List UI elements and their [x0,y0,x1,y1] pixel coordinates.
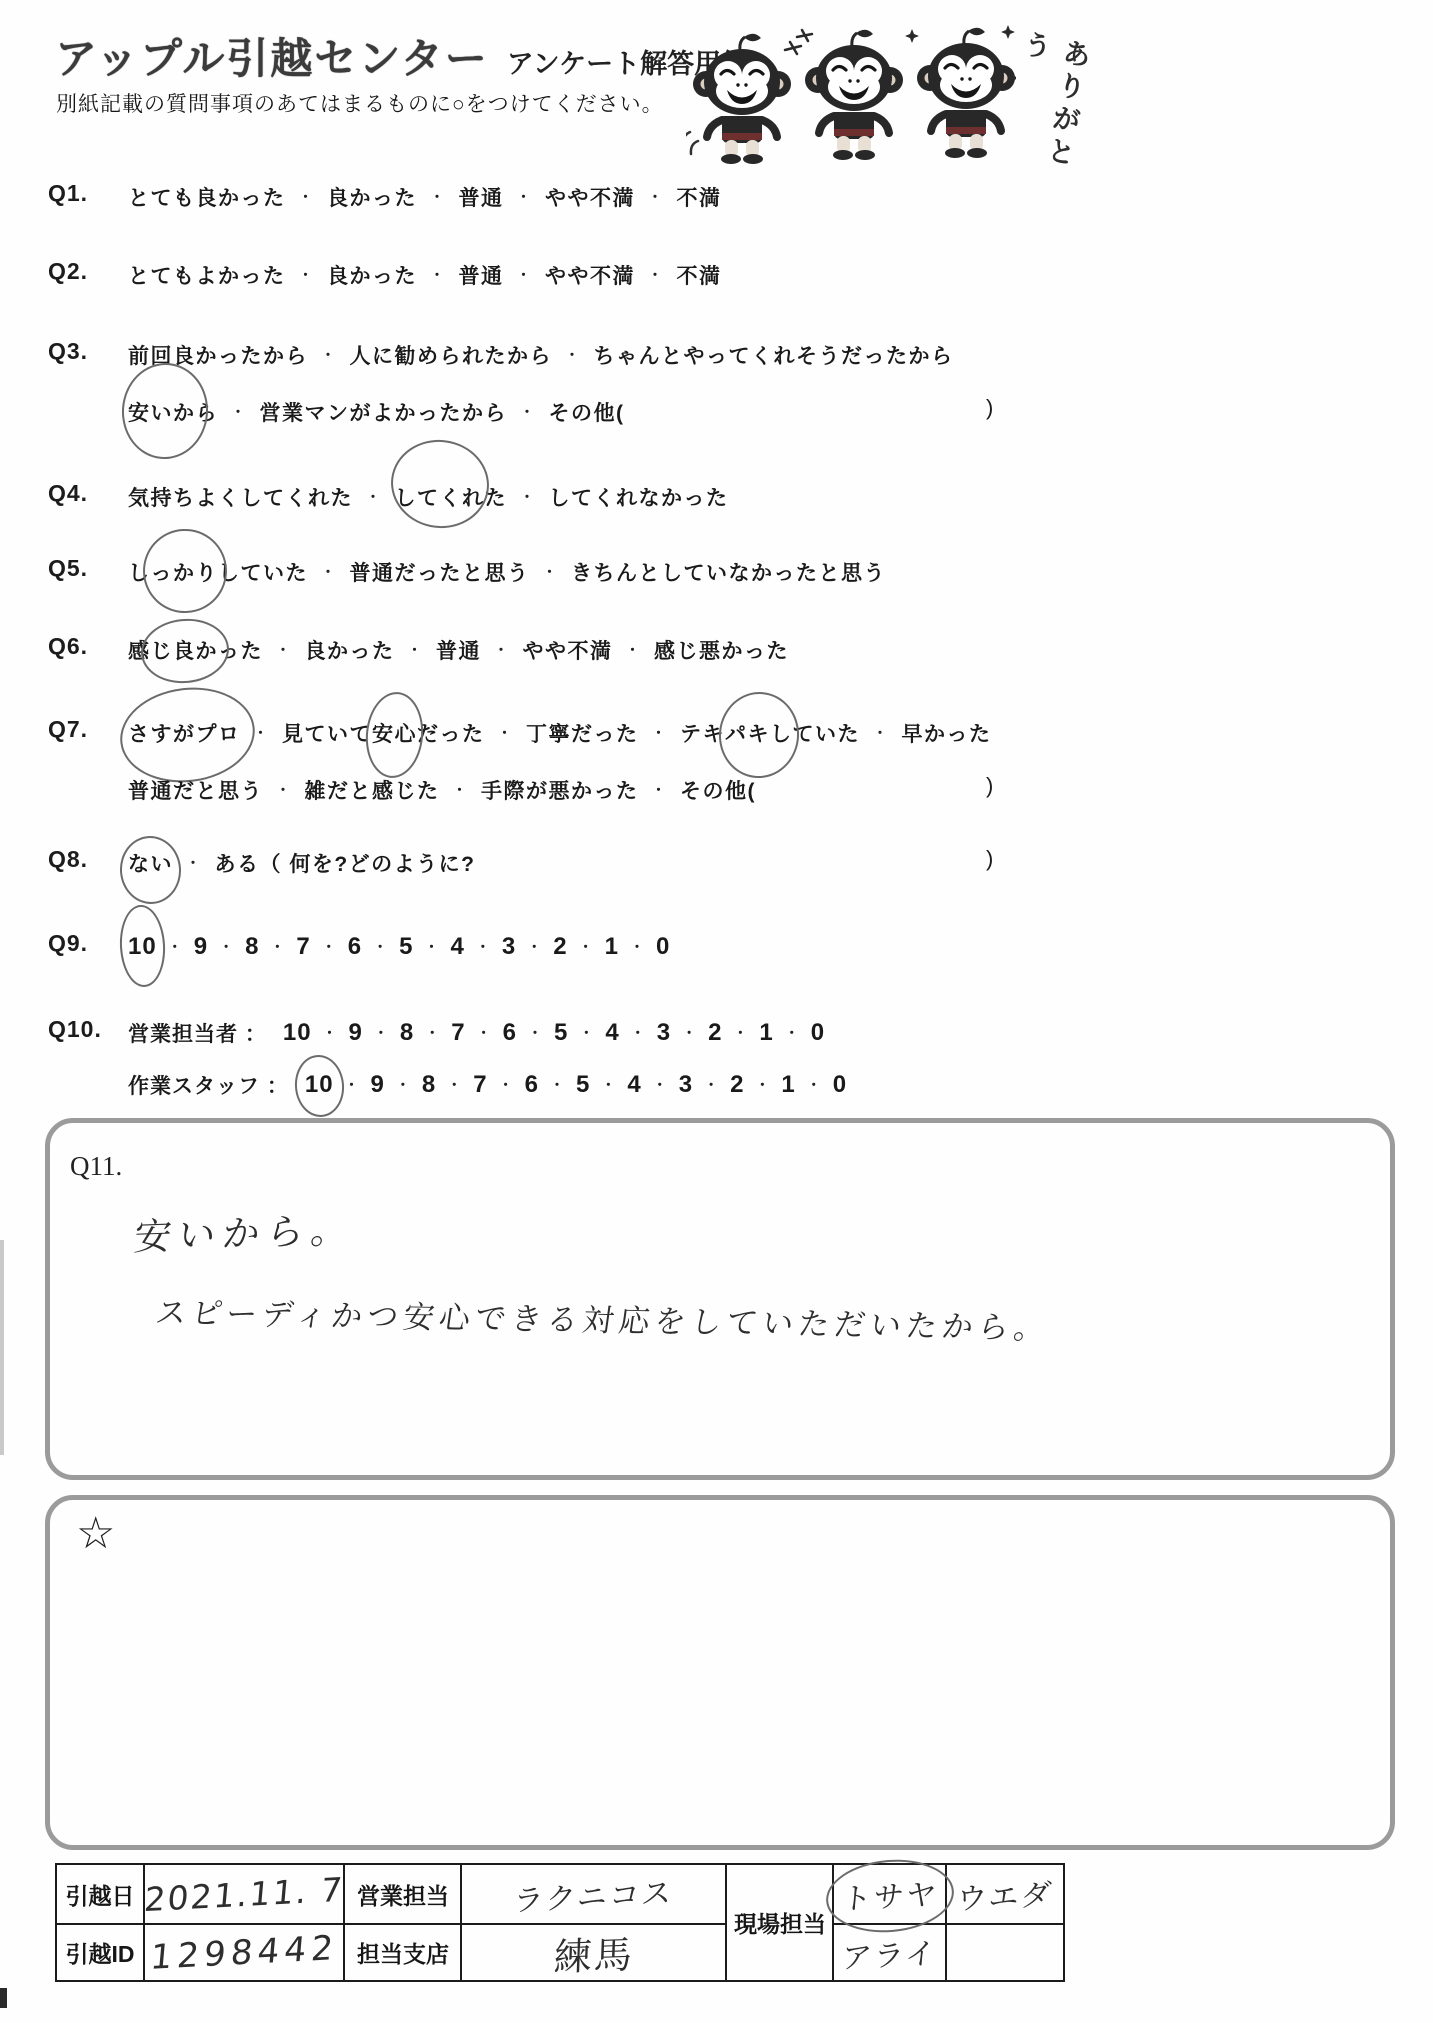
option-separator-dot: ・ [631,1023,646,1043]
handwritten-circle-mark [362,690,426,781]
sparkle-icon [905,29,919,43]
question-label-Q6: Q6. [48,633,88,660]
survey-option: ない [128,848,173,878]
survey-option: とてもよかった [128,260,286,290]
q11-handwritten-line-1: 安いから。 [132,1199,359,1261]
survey-option: 5 [554,1019,568,1047]
survey-option: 3 [679,1071,693,1099]
survey-option: 不満 [677,182,722,212]
survey-option: 8 [245,933,259,961]
option-separator-dot: ・ [652,723,668,743]
survey-option: 4 [451,933,465,961]
survey-option: 2 [730,1071,744,1099]
star-icon: ☆ [76,1508,115,1559]
question-label-Q5: Q5. [48,555,88,582]
survey-option: テキパキしていた [680,718,860,748]
scan-artifact [0,1988,7,2008]
survey-option: 1 [781,1071,795,1099]
survey-option: 普通 [459,260,504,290]
survey-option: 気持ちよくしてくれた [128,482,353,512]
option-separator-dot: ・ [425,937,440,957]
option-separator-dot: ・ [231,402,247,422]
option-line-prefix: 作業スタッフ ： [128,1070,289,1100]
q11-comment-box: Q11. 安いから。 スピーディかつ安心できる対応をしていただいたから。 [45,1118,1395,1480]
question-options-line-Q3-2: 安いから・営業マンがよかったから・その他() [128,395,625,429]
survey-option: 安いから [128,397,218,427]
question-options-line-Q10-1: 営業担当者 ：10・9・8・7・6・5・4・3・2・1・0 [128,1016,825,1050]
survey-option: 雑だと感じた [305,775,440,805]
company-logo-text: アップル引越センター [55,26,489,86]
survey-option: 0 [811,1019,825,1047]
move-date-label: 引越日 [56,1864,144,1924]
answer-close-paren: ) [986,846,995,872]
site-staff-value-1: トサヤ [833,1864,946,1924]
option-separator-dot: ・ [873,723,889,743]
survey-option: 10 [283,1019,312,1047]
option-separator-dot: ・ [550,1075,565,1095]
option-separator-dot: ・ [630,937,645,957]
survey-option: 1 [759,1019,773,1047]
survey-option: しっかりしていた [128,557,308,587]
survey-option: 0 [833,1071,847,1099]
motion-lines [686,132,690,149]
option-separator-dot: ・ [476,937,491,957]
option-separator-dot: ・ [219,937,234,957]
sales-rep-label: 営業担当 [344,1864,461,1924]
handwritten-circle-mark [119,360,211,462]
site-staff-value-4-empty [946,1924,1064,1981]
option-separator-dot: ・ [425,1023,440,1043]
option-separator-dot: ・ [270,937,285,957]
star-comment-box: ☆ [45,1495,1395,1850]
option-separator-dot: ・ [276,780,292,800]
survey-option: 感じ悪かった [654,635,789,665]
survey-option: 良かった [327,182,417,212]
survey-option: 普通 [459,182,504,212]
monkey-mascots-illustration [686,20,1016,180]
question-label-Q10: Q10. [48,1016,102,1043]
survey-option: 10 [305,1071,334,1099]
question-options-line-Q10-2: 作業スタッフ ：10・9・8・7・6・5・4・3・2・1・0 [128,1068,847,1102]
option-separator-dot: ・ [653,1075,668,1095]
survey-option: きちんとしていなかったと思う [571,557,886,587]
survey-option: 7 [296,933,310,961]
survey-option: 9 [194,933,208,961]
survey-option: 普通だと思う [128,775,263,805]
handwritten-circle-mark [118,834,184,906]
sparkle-icon [1001,25,1015,39]
option-separator-dot: ・ [601,1075,616,1095]
option-separator-dot: ・ [323,1023,338,1043]
answer-close-paren: ) [986,395,995,421]
option-separator-dot: ・ [579,1023,594,1043]
survey-option: 5 [399,933,413,961]
option-separator-dot: ・ [626,640,642,660]
survey-option: とても良かった [128,182,286,212]
option-separator-dot: ・ [517,187,533,207]
survey-option: 7 [473,1071,487,1099]
option-separator-dot: ・ [785,1023,800,1043]
question-label-Q9: Q9. [48,930,88,957]
survey-option: してくれなかった [549,482,729,512]
option-line-prefix: 営業担当者 ： [128,1018,267,1048]
option-separator-dot: ・ [321,562,337,582]
option-separator-dot: ・ [648,187,664,207]
question-options-line-Q7-2: 普通だと思う・雑だと感じた・手際が悪かった・その他() [128,773,756,807]
move-id-value: 1298442 [144,1924,344,1981]
scan-artifact [0,1240,4,1455]
option-separator-dot: ・ [299,265,315,285]
option-separator-dot: ・ [186,853,202,873]
handwritten-circle-mark [118,904,167,988]
option-separator-dot: ・ [755,1075,770,1095]
survey-option: 2 [553,933,567,961]
option-separator-dot: ・ [430,265,446,285]
option-separator-dot: ・ [517,265,533,285]
branch-value: 練馬 [461,1924,726,1981]
handwritten-circle-mark [386,434,494,533]
option-separator-dot: ・ [430,187,446,207]
option-separator-dot: ・ [648,265,664,285]
footer-info-table: 引越日 2021.11. 7 営業担当 ラクニコス 現場担当 トサヤ ウエダ 引… [55,1863,1065,1982]
option-separator-dot: ・ [528,1023,543,1043]
option-separator-dot: ・ [543,562,559,582]
handwritten-circle-mark [138,615,231,686]
survey-option: やや不満 [523,635,613,665]
survey-option: 8 [422,1071,436,1099]
option-separator-dot: ・ [276,640,292,660]
option-separator-dot: ・ [494,640,510,660]
option-separator-dot: ・ [652,780,668,800]
survey-option: 3 [502,933,516,961]
branch-label: 担当支店 [344,1924,461,1981]
survey-option: 6 [348,933,362,961]
survey-option: 人に勧められたから [350,340,553,370]
survey-option: 7 [451,1019,465,1047]
header: アップル引越センター アンケート解答用紙 [55,26,748,86]
survey-option: 9 [371,1071,385,1099]
survey-option: 前回良かったから [128,340,308,370]
option-separator-dot: ・ [453,780,469,800]
option-separator-dot: ・ [373,937,388,957]
question-label-Q3: Q3. [48,338,88,365]
site-staff-value-2: ウエダ [946,1864,1064,1924]
option-separator-dot: ・ [579,937,594,957]
question-label-Q1: Q1. [48,180,88,207]
survey-option: さすがプロ [128,718,241,748]
survey-option: その他( [680,775,756,805]
q11-handwritten-line-2: スピーディかつ安心できる対応をしていただいたから。 [153,1287,1054,1348]
handwritten-circle-mark [715,689,802,782]
option-separator-dot: ・ [322,937,337,957]
survey-option: 6 [503,1019,517,1047]
survey-option: 8 [400,1019,414,1047]
question-options-line-Q9-1: 10・9・8・7・6・5・4・3・2・1・0 [128,930,670,964]
survey-option: 9 [349,1019,363,1047]
question-options-line-Q8-1: ない・ある（ 何を?どのように?) [128,846,476,880]
q11-label: Q11. [70,1151,122,1182]
question-options-line-Q6-1: 感じ良かった・良かった・普通・やや不満・感じ悪かった [128,633,789,667]
question-label-Q4: Q4. [48,480,88,507]
survey-option: やや不満 [545,182,635,212]
survey-option: 普通だったと思う [350,557,530,587]
survey-option: 感じ良かった [128,635,263,665]
survey-option: 良かった [305,635,395,665]
survey-option: 3 [657,1019,671,1047]
survey-option: 10 [128,933,157,961]
option-separator-dot: ・ [299,187,315,207]
monkey-mascot-1 [693,34,791,164]
survey-option: ある（ 何を?どのように? [215,848,476,878]
survey-option: 5 [576,1071,590,1099]
move-id-label: 引越ID [56,1924,144,1981]
option-separator-dot: ・ [447,1075,462,1095]
survey-option: 丁寧だった [526,718,639,748]
survey-option: 良かった [327,260,417,290]
option-separator-dot: ・ [477,1023,492,1043]
question-label-Q8: Q8. [48,846,88,873]
option-separator-dot: ・ [396,1075,411,1095]
sales-rep-value: ラクニコス [461,1864,726,1924]
handwritten-circle-mark [140,527,228,615]
question-options-line-Q1-1: とても良かった・良かった・普通・やや不満・不満 [128,180,722,214]
monkey-mascot-2 [805,30,903,160]
option-separator-dot: ・ [408,640,424,660]
move-date-value: 2021.11. 7 [144,1864,344,1924]
site-staff-value-3: アライ [833,1924,946,1981]
survey-option: やや不満 [545,260,635,290]
survey-option: 6 [525,1071,539,1099]
survey-option: 1 [605,933,619,961]
survey-option: 2 [708,1019,722,1047]
survey-option: してくれた [395,482,508,512]
site-staff-label: 現場担当 [726,1864,833,1981]
option-separator-dot: ・ [520,487,536,507]
option-separator-dot: ・ [254,723,270,743]
option-separator-dot: ・ [704,1075,719,1095]
survey-option: その他( [549,397,625,427]
option-separator-dot: ・ [807,1075,822,1095]
option-separator-dot: ・ [321,345,337,365]
survey-option: 見ていて安心だった [282,718,485,748]
option-separator-dot: ・ [682,1023,697,1043]
survey-option: 4 [627,1071,641,1099]
survey-option: 普通 [436,635,481,665]
answer-close-paren: ) [986,773,995,799]
survey-option: 手際が悪かった [481,775,639,805]
handwritten-circle-mark [292,1053,346,1119]
question-label-Q2: Q2. [48,258,88,285]
survey-option: ちゃんとやってくれそうだったから [594,340,954,370]
option-separator-dot: ・ [366,487,382,507]
option-separator-dot: ・ [498,723,514,743]
option-separator-dot: ・ [345,1075,360,1095]
option-separator-dot: ・ [499,1075,514,1095]
survey-option: 営業マンがよかったから [260,397,508,427]
sparkle-plus-marks [785,30,812,54]
option-separator-dot: ・ [520,402,536,422]
survey-instruction: 別紙記載の質問事項のあてはまるものに○をつけてください。 [56,88,664,118]
option-separator-dot: ・ [374,1023,389,1043]
option-separator-dot: ・ [565,345,581,365]
option-separator-dot: ・ [733,1023,748,1043]
question-options-line-Q2-1: とてもよかった・良かった・普通・やや不満・不満 [128,258,722,292]
question-options-line-Q7-1: さすがプロ・見ていて安心だった・丁寧だった・テキパキしていた・早かった [128,716,992,750]
question-options-line-Q5-1: しっかりしていた・普通だったと思う・きちんとしていなかったと思う [128,555,886,589]
option-separator-dot: ・ [168,937,183,957]
question-options-line-Q4-1: 気持ちよくしてくれた・してくれた・してくれなかった [128,480,729,514]
scanned-survey-sheet: アップル引越センター アンケート解答用紙 別紙記載の質問事項のあてはまるものに○… [0,0,1433,2023]
survey-option: 早かった [902,718,992,748]
question-label-Q7: Q7. [48,716,88,743]
option-separator-dot: ・ [527,937,542,957]
survey-option: 4 [605,1019,619,1047]
survey-option: 0 [656,933,670,961]
question-options-line-Q3-1: 前回良かったから・人に勧められたから・ちゃんとやってくれそうだったから [128,338,954,372]
survey-option: 不満 [677,260,722,290]
